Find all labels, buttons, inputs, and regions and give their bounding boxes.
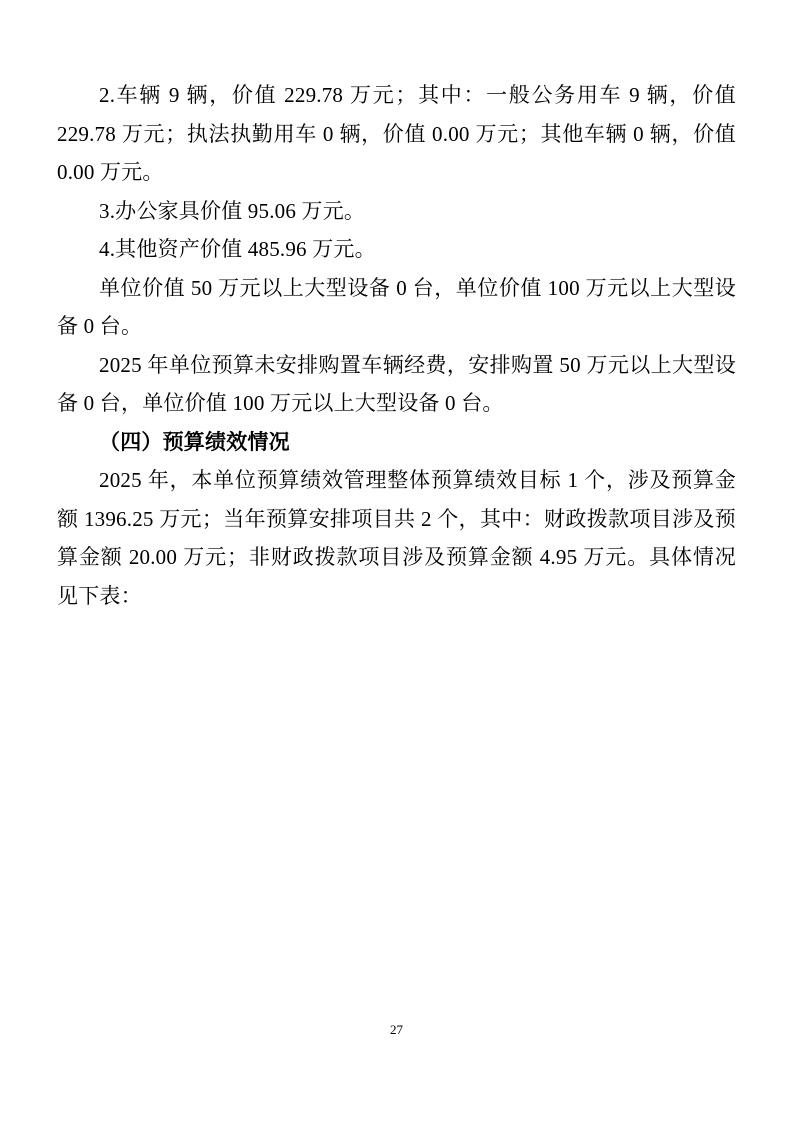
page-number: 27 bbox=[390, 1022, 403, 1037]
paragraph: 2025 年，本单位预算绩效管理整体预算绩效目标 1 个，涉及预算金额 1396… bbox=[57, 461, 736, 615]
paragraph: 单位价值 50 万元以上大型设备 0 台，单位价值 100 万元以上大型设备 0… bbox=[57, 269, 736, 346]
paragraph: 2.车辆 9 辆，价值 229.78 万元；其中：一般公务用车 9 辆，价值 2… bbox=[57, 76, 736, 192]
paragraph: 4.其他资产价值 485.96 万元。 bbox=[57, 230, 736, 269]
page-footer: 27 bbox=[0, 1021, 793, 1039]
document-body: 2.车辆 9 辆，价值 229.78 万元；其中：一般公务用车 9 辆，价值 2… bbox=[57, 76, 736, 615]
paragraph: 3.办公家具价值 95.06 万元。 bbox=[57, 192, 736, 231]
document-page: 2.车辆 9 辆，价值 229.78 万元；其中：一般公务用车 9 辆，价值 2… bbox=[0, 0, 793, 1122]
paragraph: 2025 年单位预算未安排购置车辆经费，安排购置 50 万元以上大型设备 0 台… bbox=[57, 346, 736, 423]
section-heading: （四）预算绩效情况 bbox=[57, 423, 736, 462]
